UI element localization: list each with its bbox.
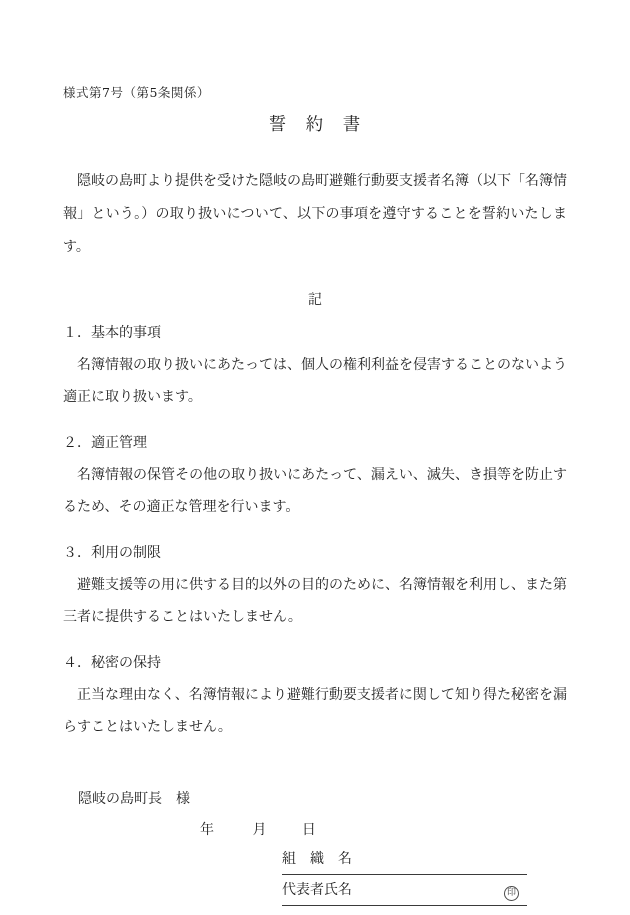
organization-name-label: 組 織 名 <box>282 845 352 874</box>
section-body: 避難支援等の用に供する目的以外の目的のために、名簿情報を利用し、また第三者に提供… <box>63 569 567 633</box>
section-body: 名簿情報の取り扱いにあたっては、個人の権利利益を侵害することのないよう適正に取り… <box>63 349 567 413</box>
section-body: 正当な理由なく、名簿情報により避難行動要支援者に関して知り得た秘密を漏らすことは… <box>63 679 567 743</box>
date-month-label: 月 <box>252 822 266 838</box>
section-proper-management: ２．適正管理 名簿情報の保管その他の取り扱いにあたって、漏えい、滅失、き損等を防… <box>63 427 567 523</box>
date-line: 年 月 日 <box>63 815 567 845</box>
section-heading: １．基本的事項 <box>63 317 567 349</box>
pledge-document-page: 様式第7号（第5条関係） 誓 約 書 隠岐の島町より提供を受けた隠岐の島町避難行… <box>0 0 630 915</box>
organization-name-field: 組 織 名 <box>282 845 527 875</box>
date-day-label: 日 <box>302 822 316 838</box>
date-year-label: 年 <box>200 822 214 838</box>
section-use-restriction: ３．利用の制限 避難支援等の用に供する目的以外の目的のために、名簿情報を利用し、… <box>63 537 567 633</box>
document-title: 誓 約 書 <box>63 113 567 137</box>
section-heading: ３．利用の制限 <box>63 537 567 569</box>
representative-name-field: 代表者氏名 印 <box>282 876 527 906</box>
form-number: 様式第7号（第5条関係） <box>63 84 567 101</box>
seal-mark-icon: 印 <box>504 886 519 901</box>
list-marker-ki: 記 <box>63 284 567 317</box>
section-heading: ２．適正管理 <box>63 427 567 459</box>
section-basic-matters: １．基本的事項 名簿情報の取り扱いにあたっては、個人の権利利益を侵害することのな… <box>63 317 567 413</box>
section-confidentiality: ４．秘密の保持 正当な理由なく、名簿情報により避難行動要支援者に関して知り得た秘… <box>63 647 567 743</box>
addressee-line: 隠岐の島町長 様 <box>63 783 567 815</box>
section-body: 名簿情報の保管その他の取り扱いにあたって、漏えい、滅失、き損等を防止するため、そ… <box>63 459 567 523</box>
intro-paragraph: 隠岐の島町より提供を受けた隠岐の島町避難行動要支援者名簿（以下「名簿情報」という… <box>63 165 567 264</box>
representative-name-label: 代表者氏名 <box>282 876 352 905</box>
section-heading: ４．秘密の保持 <box>63 647 567 679</box>
